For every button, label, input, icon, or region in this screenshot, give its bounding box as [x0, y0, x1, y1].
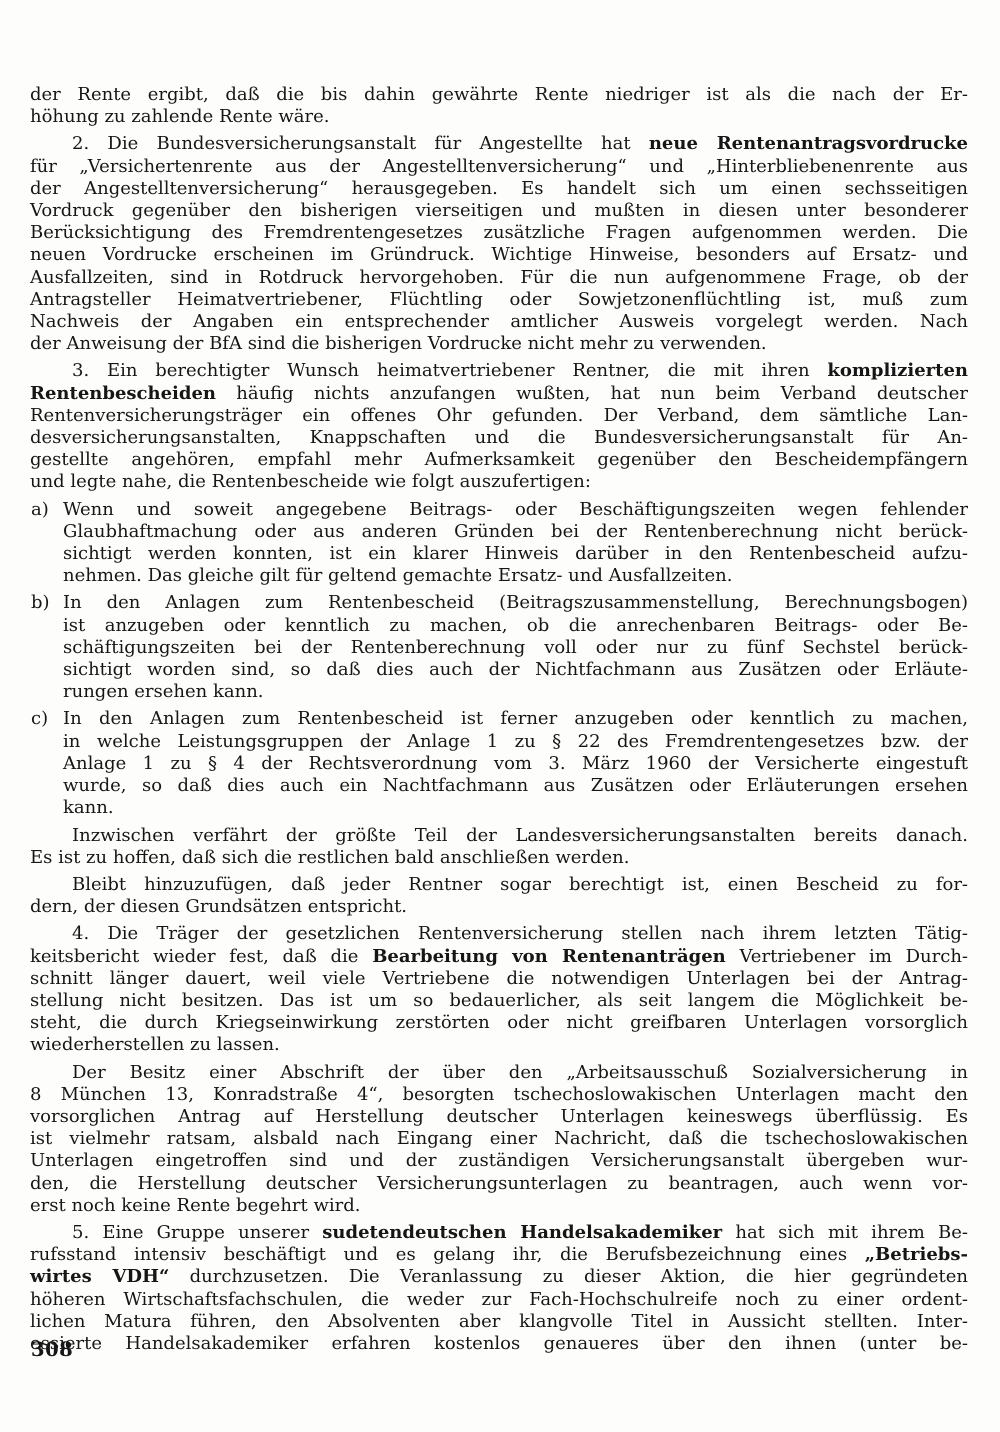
text-run: höheren Wirtschaftsfachschulen, die wede…: [30, 1289, 968, 1310]
text-line: stellung nicht besitzen. Das ist um so b…: [30, 990, 968, 1012]
text-line: schäftigungszeiten bei der Rentenberechn…: [63, 637, 968, 659]
text-run: gestellte angehören, empfahl mehr Aufmer…: [30, 449, 968, 470]
text-line: für „Versichertenrente aus der Angestell…: [30, 156, 968, 178]
text-run: den, die Herstellung deutscher Versicher…: [30, 1173, 968, 1194]
text-line: essierte Handelsakademiker erfahren kost…: [30, 1333, 968, 1355]
text-run: Berücksichtigung des Fremdrentengesetzes…: [30, 222, 968, 243]
text-line: höheren Wirtschaftsfachschulen, die wede…: [30, 1289, 968, 1311]
text-line: lichen Matura führen, den Absolventen ab…: [30, 1311, 968, 1333]
text-line: gestellte angehören, empfahl mehr Aufmer…: [30, 449, 968, 471]
text-run: Nachweis der Angaben ein entsprechender …: [30, 311, 968, 332]
bold-text-run: wirtes VDH“: [30, 1266, 169, 1287]
list-marker: c): [31, 708, 48, 730]
bold-text-run: Rentenbescheiden: [30, 383, 216, 404]
text-run: Es ist zu hoffen, daß sich die restliche…: [30, 847, 629, 868]
text-run: 8 München 13, Konradstraße 4“, besorgten…: [30, 1084, 968, 1105]
text-line: Rentenbescheiden häufig nichts anzufange…: [30, 383, 968, 405]
text-line: Rentenversicherungsträger ein offenes Oh…: [30, 405, 968, 427]
text-run: der Anweisung der BfA sind die bisherige…: [30, 333, 767, 354]
text-line: Nachweis der Angaben ein entsprechender …: [30, 311, 968, 333]
text-run: und legte nahe, die Rentenbescheide wie …: [30, 471, 591, 492]
text-run: sichtigt worden sind, so daß dies auch d…: [63, 659, 968, 680]
text-line: der Anweisung der BfA sind die bisherige…: [30, 333, 968, 355]
text-run: durchzusetzen. Die Veranlassung zu diese…: [169, 1266, 968, 1287]
text-run: Bleibt hinzuzufügen, daß jeder Rentner s…: [72, 874, 968, 895]
text-line: Es ist zu hoffen, daß sich die restliche…: [30, 847, 968, 869]
text-run: ist vielmehr ratsam, alsbald nach Eingan…: [30, 1128, 968, 1149]
text-line: sichtigt worden sind, so daß dies auch d…: [63, 659, 968, 681]
text-run: desversicherungsanstalten, Knappschaften…: [30, 427, 968, 448]
list-item: a)Wenn und soweit angegebene Beitrags- o…: [30, 499, 968, 588]
text-line: 4. Die Träger der gesetzlichen Rentenver…: [30, 923, 968, 945]
text-line: In den Anlagen zum Rentenbescheid (Beitr…: [63, 592, 968, 614]
text-line: ist anzugeben oder kenntlich zu machen, …: [63, 615, 968, 637]
text-line: rufsstand intensiv beschäftigt und es ge…: [30, 1244, 968, 1266]
text-line: der Angestelltenversicherung“ herausgege…: [30, 178, 968, 200]
text-run: Antragsteller Heimatvertriebener, Flücht…: [30, 289, 968, 310]
text-run: dern, der diesen Grundsätzen entspricht.: [30, 896, 407, 917]
text-line: erst noch keine Rente begehrt wird.: [30, 1195, 968, 1217]
text-run: kann.: [63, 797, 114, 818]
text-run: ist anzugeben oder kenntlich zu machen, …: [63, 615, 968, 636]
list-item: c)In den Anlagen zum Rentenbescheid ist …: [30, 708, 968, 819]
paragraph: Inzwischen verfährt der größte Teil der …: [30, 825, 968, 869]
text-line: 5. Eine Gruppe unserer sudetendeutschen …: [30, 1222, 968, 1244]
text-line: sichtigt werden konnten, ist ein klarer …: [63, 543, 968, 565]
text-run: Glaubhaftmachung oder aus anderen Gründe…: [63, 521, 968, 542]
text-line: Der Besitz einer Abschrift der über den …: [30, 1062, 968, 1084]
list-marker: a): [31, 499, 49, 521]
text-run: 5. Eine Gruppe unserer: [72, 1222, 322, 1243]
list-item: b)In den Anlagen zum Rentenbescheid (Bei…: [30, 592, 968, 703]
text-run: steht, die durch Kriegseinwirkung zerstö…: [30, 1012, 968, 1033]
text-run: 4. Die Träger der gesetzlichen Rentenver…: [72, 923, 968, 944]
text-line: steht, die durch Kriegseinwirkung zerstö…: [30, 1012, 968, 1034]
text-run: für „Versichertenrente aus der Angestell…: [30, 156, 968, 177]
text-line: rungen ersehen kann.: [63, 681, 968, 703]
page-number: 308: [31, 1338, 73, 1361]
text-run: In den Anlagen zum Rentenbescheid ist fe…: [63, 708, 968, 729]
text-line: und legte nahe, die Rentenbescheide wie …: [30, 471, 968, 493]
text-column: der Rente ergibt, daß die bis dahin gewä…: [30, 84, 968, 1355]
text-line: der Rente ergibt, daß die bis dahin gewä…: [30, 84, 968, 106]
text-run: Wenn und soweit angegebene Beitrags- ode…: [63, 499, 968, 520]
text-run: nehmen. Das gleiche gilt für geltend gem…: [63, 565, 732, 586]
paragraph: 4. Die Träger der gesetzlichen Rentenver…: [30, 923, 968, 1056]
bold-text-run: „Betriebs-: [865, 1244, 968, 1265]
text-line: 2. Die Bundesversicherungsanstalt für An…: [30, 133, 968, 155]
text-line: wurde, so daß dies auch ein Nachtfachman…: [63, 775, 968, 797]
text-run: Vertriebener im Durch-: [726, 946, 968, 967]
bold-text-run: sudetendeutschen Handelsakademiker: [322, 1222, 722, 1243]
paragraph: Bleibt hinzuzufügen, daß jeder Rentner s…: [30, 874, 968, 918]
text-line: nehmen. Das gleiche gilt für geltend gem…: [63, 565, 968, 587]
text-line: in welche Leistungsgruppen der Anlage 1 …: [63, 731, 968, 753]
text-line: vorsorglichen Antrag auf Herstellung deu…: [30, 1106, 968, 1128]
text-run: Unterlagen eingetroffen sind und der zus…: [30, 1150, 968, 1171]
text-line: In den Anlagen zum Rentenbescheid ist fe…: [63, 708, 968, 730]
text-run: Vordruck gegenüber den bisherigen vierse…: [30, 200, 968, 221]
text-run: erst noch keine Rente begehrt wird.: [30, 1195, 360, 1216]
text-run: sichtigt werden konnten, ist ein klarer …: [63, 543, 968, 564]
text-run: In den Anlagen zum Rentenbescheid (Beitr…: [63, 592, 968, 613]
text-run: 3. Ein berechtigter Wunsch heimatvertrie…: [72, 360, 827, 381]
text-run: wiederherstellen zu lassen.: [30, 1034, 280, 1055]
text-line: Ausfallzeiten, sind in Rotdruck hervorge…: [30, 267, 968, 289]
text-run: schnitt länger dauert, weil viele Vertri…: [30, 968, 968, 989]
text-run: lichen Matura führen, den Absolventen ab…: [30, 1311, 968, 1332]
text-run: wurde, so daß dies auch ein Nachtfachman…: [63, 775, 968, 796]
text-run: rungen ersehen kann.: [63, 681, 264, 702]
text-run: Der Besitz einer Abschrift der über den …: [72, 1062, 968, 1083]
text-run: rufsstand intensiv beschäftigt und es ge…: [30, 1244, 865, 1265]
text-line: wirtes VDH“ durchzusetzen. Die Veranlass…: [30, 1266, 968, 1288]
text-line: Vordruck gegenüber den bisherigen vierse…: [30, 200, 968, 222]
paragraph: 3. Ein berechtigter Wunsch heimatvertrie…: [30, 360, 968, 493]
text-line: neuen Vordrucke erscheinen im Gründruck.…: [30, 244, 968, 266]
text-line: Berücksichtigung des Fremdrentengesetzes…: [30, 222, 968, 244]
bold-text-run: Bearbeitung von Rentenanträgen: [372, 946, 726, 967]
text-line: Anlage 1 zu § 4 der Rechtsverordnung vom…: [63, 753, 968, 775]
text-run: keitsbericht wieder fest, daß die: [30, 946, 372, 967]
text-line: den, die Herstellung deutscher Versicher…: [30, 1173, 968, 1195]
paragraph: Der Besitz einer Abschrift der über den …: [30, 1062, 968, 1217]
bold-text-run: komplizierten: [827, 360, 968, 381]
text-run: stellung nicht besitzen. Das ist um so b…: [30, 990, 968, 1011]
text-run: schäftigungszeiten bei der Rentenberechn…: [63, 637, 968, 658]
text-line: kann.: [63, 797, 968, 819]
text-line: Inzwischen verfährt der größte Teil der …: [30, 825, 968, 847]
text-line: wiederherstellen zu lassen.: [30, 1034, 968, 1056]
text-run: häufig nichts anzufangen wußten, hat nun…: [216, 383, 968, 404]
text-run: 2. Die Bundesversicherungsanstalt für An…: [72, 133, 649, 154]
text-run: höhung zu zahlende Rente wäre.: [30, 106, 329, 127]
text-run: Rentenversicherungsträger ein offenes Oh…: [30, 405, 968, 426]
text-run: der Angestelltenversicherung“ herausgege…: [30, 178, 968, 199]
text-line: schnitt länger dauert, weil viele Vertri…: [30, 968, 968, 990]
text-line: Wenn und soweit angegebene Beitrags- ode…: [63, 499, 968, 521]
text-run: der Rente ergibt, daß die bis dahin gewä…: [30, 84, 968, 105]
text-line: 3. Ein berechtigter Wunsch heimatvertrie…: [30, 360, 968, 382]
text-line: Antragsteller Heimatvertriebener, Flücht…: [30, 289, 968, 311]
paragraph: 2. Die Bundesversicherungsanstalt für An…: [30, 133, 968, 355]
text-run: vorsorglichen Antrag auf Herstellung deu…: [30, 1106, 968, 1127]
text-line: Glaubhaftmachung oder aus anderen Gründe…: [63, 521, 968, 543]
text-run: hat sich mit ihrem Be-: [722, 1222, 968, 1243]
text-line: höhung zu zahlende Rente wäre.: [30, 106, 968, 128]
bold-text-run: neue Rentenantragsvordrucke: [649, 133, 968, 154]
paragraph: der Rente ergibt, daß die bis dahin gewä…: [30, 84, 968, 128]
text-line: ist vielmehr ratsam, alsbald nach Eingan…: [30, 1128, 968, 1150]
text-line: dern, der diesen Grundsätzen entspricht.: [30, 896, 968, 918]
text-line: desversicherungsanstalten, Knappschaften…: [30, 427, 968, 449]
list-marker: b): [31, 592, 50, 614]
text-line: Bleibt hinzuzufügen, daß jeder Rentner s…: [30, 874, 968, 896]
paragraph: 5. Eine Gruppe unserer sudetendeutschen …: [30, 1222, 968, 1355]
text-line: 8 München 13, Konradstraße 4“, besorgten…: [30, 1084, 968, 1106]
text-run: Anlage 1 zu § 4 der Rechtsverordnung vom…: [63, 753, 968, 774]
text-line: keitsbericht wieder fest, daß die Bearbe…: [30, 946, 968, 968]
text-run: Ausfallzeiten, sind in Rotdruck hervorge…: [30, 267, 968, 288]
text-run: neuen Vordrucke erscheinen im Gründruck.…: [30, 244, 968, 265]
text-run: essierte Handelsakademiker erfahren kost…: [30, 1333, 968, 1354]
text-run: in welche Leistungsgruppen der Anlage 1 …: [63, 731, 968, 752]
text-line: Unterlagen eingetroffen sind und der zus…: [30, 1150, 968, 1172]
document-page: der Rente ergibt, daß die bis dahin gewä…: [0, 0, 1000, 1432]
text-run: Inzwischen verfährt der größte Teil der …: [72, 825, 968, 846]
